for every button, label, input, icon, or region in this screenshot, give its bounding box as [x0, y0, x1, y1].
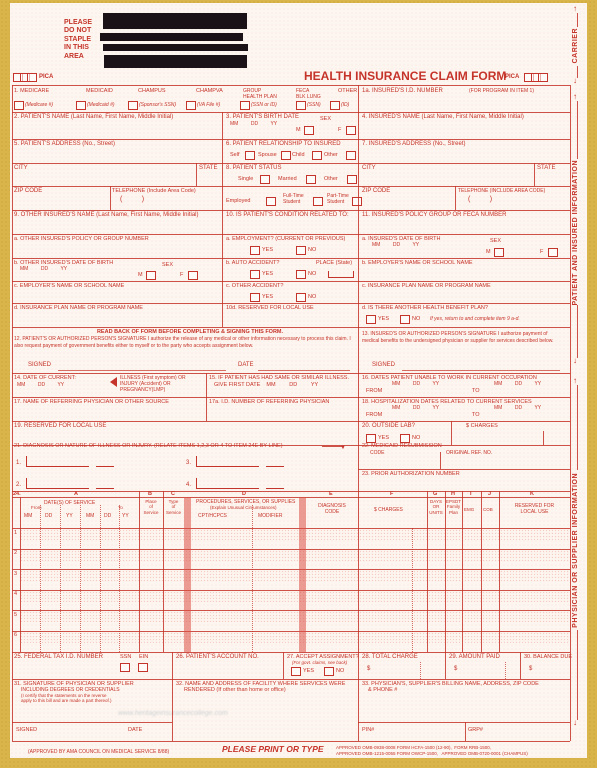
patient-strip-line: [577, 101, 578, 159]
col-j-header: COB: [483, 507, 493, 512]
diag-num-2: 2.: [16, 482, 21, 489]
dos-mm1: MM: [24, 513, 32, 519]
rel-spouse-checkbox[interactable]: [281, 151, 291, 160]
signed-label-13: SIGNED: [372, 362, 395, 369]
amount-paid-label: 29. AMOUNT PAID: [449, 654, 500, 661]
grid-line: [12, 85, 13, 741]
outside-lab-no-checkbox[interactable]: [400, 434, 410, 443]
other-sub: (ID): [341, 102, 349, 108]
other-insured-m-checkbox[interactable]: [146, 271, 156, 280]
ft-student-label: Full-Time Student: [283, 193, 304, 205]
rel-child-checkbox[interactable]: [312, 151, 322, 160]
status-single-label: Single: [238, 176, 253, 183]
referring-physician-label: 17. NAME OF REFERRING PHYSICIAN OR OTHER…: [14, 399, 169, 406]
grid-line: [465, 722, 466, 741]
dos-mm2: MM: [86, 513, 94, 519]
diagnosis-field-1[interactable]: [26, 456, 89, 467]
insured-sex-m-label: M: [486, 249, 491, 256]
tel-label-left: TELEPHONE (Include Area Code): [112, 188, 196, 195]
diag-num-3: 3.: [186, 460, 191, 467]
rel-child-label: Child: [292, 152, 305, 159]
tel-paren-left: ( ): [120, 196, 144, 204]
grid-line: [534, 163, 535, 186]
unable-work-mdy-to: MM DD YY: [494, 381, 541, 387]
physician-strip-line: [577, 385, 578, 470]
sex-f-checkbox[interactable]: [346, 126, 356, 135]
auto-accident-label: b. AUTO ACCIDENT?: [226, 260, 279, 267]
champus-sub: (Sponsor's SSN): [139, 102, 176, 108]
grid-line: [12, 303, 570, 304]
place-state-label: PLACE (State): [316, 260, 352, 267]
patient-info-strip-label: PATIENT AND INSURED INFORMATION: [572, 160, 579, 306]
insured-plan-label: c. INSURANCE PLAN NAME OR PROGRAM NAME: [362, 283, 491, 290]
readback-notice: READ BACK OF FORM BEFORE COMPLETING & SI…: [40, 329, 340, 336]
pin-label: PIN#: [362, 727, 374, 734]
champva-label: CHAMPVA: [196, 88, 223, 95]
grid-line: [20, 611, 570, 622]
service-row-num-4: 4: [14, 591, 17, 598]
diagnosis-field-4[interactable]: [196, 478, 259, 489]
ein-checkbox[interactable]: [138, 663, 148, 672]
grid-line: [110, 186, 111, 210]
resubmission-code-label: CODE: [370, 450, 384, 456]
similar-illness-label: 15. IF PATIENT HAS HAD SAME OR SIMILAR I…: [209, 375, 349, 382]
accept-yes-label: YES: [303, 668, 314, 675]
group-health-label: GROUP HEALTH PLAN: [243, 88, 277, 100]
physician-info-strip-label: PHYSICIAN OR SUPPLIER INFORMATION: [572, 473, 579, 628]
another-plan-no-checkbox[interactable]: [400, 315, 410, 324]
grid-line: [20, 550, 570, 561]
signed-label-31: SIGNED: [16, 727, 37, 734]
another-plan-note: If yes, return to and complete item 9 a-…: [430, 316, 520, 322]
status-married-label: Married: [278, 176, 297, 183]
insured-sex-label: SEX: [490, 238, 501, 245]
dos-label: DATE(S) OF SERVICE: [44, 500, 95, 506]
date-label-31: DATE: [128, 727, 142, 734]
grid-line: [12, 397, 570, 398]
diagnosis-field-4-dec[interactable]: [266, 478, 284, 489]
dos-dd1: DD: [45, 513, 52, 519]
other-insured-sex-label: SEX: [162, 262, 173, 269]
date-current-options: ILLNESS (First symptom) OR INJURY (Accid…: [120, 375, 186, 393]
pica-box-left[interactable]: [27, 73, 37, 82]
grid-line: [299, 497, 306, 652]
patient-signature-line[interactable]: [58, 370, 226, 371]
grid-line: [12, 258, 570, 259]
total-charge-label: 28. TOTAL CHARGE: [362, 654, 418, 661]
grid-line: [505, 662, 506, 679]
insured-name-label: 4. INSURED'S NAME (Last Name, First Name…: [362, 114, 524, 121]
other-accident-no-label: NO: [308, 294, 316, 301]
grid-line: [12, 234, 570, 235]
pt-student-checkbox[interactable]: [352, 197, 362, 206]
print-or-type-notice: PLEASE PRINT OR TYPE: [222, 744, 324, 754]
outside-lab-yes-checkbox[interactable]: [366, 434, 376, 443]
dos-yy1: YY: [66, 513, 73, 519]
feca-checkbox[interactable]: [296, 101, 306, 110]
other-insured-label: 9. OTHER INSURED'S NAME (Last Name, Firs…: [14, 212, 199, 219]
grid-line: [543, 431, 544, 445]
reserved-local-10d-label: 10d. RESERVED FOR LOCAL USE: [226, 305, 314, 312]
grid-line: [358, 469, 570, 470]
medicaid-resubmission-label: 22. MEDICAID RESUBMISSION: [362, 443, 442, 450]
auto-accident-yes-label: YES: [262, 271, 273, 278]
grid-line: [20, 529, 570, 540]
grid-line: [20, 632, 570, 643]
hosp-to-label: TO: [472, 412, 480, 419]
insured-sex-m-checkbox[interactable]: [494, 248, 504, 257]
status-married-checkbox[interactable]: [306, 175, 316, 184]
insured-dob-mdy: MM DD YY: [372, 242, 419, 248]
arrow-up-icon: ↑: [573, 4, 577, 13]
form-title: HEALTH INSURANCE CLAIM FORM: [304, 69, 506, 83]
grid-line: [420, 662, 421, 679]
grid-line: [283, 652, 284, 679]
grid-line: [12, 497, 570, 498]
employment-no-label: NO: [308, 247, 316, 254]
medicaid-sub: (Medicaid #): [87, 102, 115, 108]
other-checkbox[interactable]: [330, 101, 340, 110]
grid-line: [445, 491, 446, 679]
feca-sub: (SSN): [307, 102, 321, 108]
arrow-up-icon: ↑: [573, 92, 577, 101]
date-current-label: 14. DATE OF CURRENT:: [14, 375, 76, 382]
medicare-sub: (Medicare #): [25, 102, 53, 108]
grid-line: [570, 85, 571, 741]
unable-work-from-label: FROM: [366, 388, 382, 395]
staple-bar: [103, 44, 248, 51]
lab-charges-label: $ CHARGES: [466, 423, 498, 430]
omb-approval-2: APPROVED OMB-1215-0055 FORM OWCP-1500, A…: [336, 751, 528, 756]
condition-label: 10. IS PATIENT'S CONDITION RELATED TO:: [226, 212, 349, 219]
tel-label-right: TELEPHONE (INCLUDE AREA CODE): [458, 188, 545, 194]
policy-feca-label: 11. INSURED'S POLICY GROUP OR FECA NUMBE…: [362, 212, 507, 219]
diagnosis-field-1-dec[interactable]: [96, 456, 114, 467]
patient-status-label: 8. PATIENT STATUS: [226, 165, 281, 172]
outside-lab-no-label: NO: [412, 435, 420, 442]
col-e-header: DIAGNOSIS CODE: [306, 503, 358, 515]
grid-line: [12, 139, 570, 140]
employment-yes-label: YES: [262, 247, 273, 254]
col-h-header: EPSDT Family Plan: [445, 499, 462, 515]
other-accident-label: c. OTHER ACCIDENT?: [226, 283, 283, 290]
pica-label-left: PICA: [39, 74, 53, 81]
pt-student-label: Part-Time Student: [327, 193, 349, 205]
grid-line: [12, 652, 570, 653]
tel-paren-right: ( ): [468, 196, 492, 204]
pica-label-right: PICA: [505, 74, 519, 81]
unable-work-mdy-from: MM DD YY: [392, 381, 439, 387]
another-plan-no-label: NO: [412, 316, 420, 323]
claim-form-page: PLEASE DO NOT STAPLE IN THIS AREA PICA H…: [0, 0, 597, 768]
champva-sub: (VA File #): [197, 102, 220, 108]
billing-phone-label: & PHONE #: [368, 687, 397, 694]
modifier-label: MODIFIER: [258, 513, 282, 519]
grid-line: [12, 722, 172, 723]
ssn-label: SSN: [120, 654, 131, 661]
diag-num-1: 1.: [16, 460, 21, 467]
date-label-12: DATE: [238, 362, 254, 369]
staple-warning: PLEASE DO NOT STAPLE IN THIS AREA: [64, 19, 92, 61]
omb-approval-1: APPROVED OMB-0938-0008 FORM HCFA-1500 (1…: [336, 745, 491, 750]
hosp-mdy-to: MM DD YY: [494, 405, 541, 411]
grid-line: [12, 421, 570, 422]
referring-id-label: 17a. I.D. NUMBER OF REFERRING PHYSICIAN: [209, 399, 329, 406]
another-plan-label: d. IS THERE ANOTHER HEALTH BENEFIT PLAN?: [362, 305, 488, 312]
carrier-strip-line: [577, 66, 578, 78]
grid-line: [12, 373, 570, 374]
rel-other-checkbox[interactable]: [346, 151, 356, 160]
sex-f-label: F: [338, 127, 341, 134]
other-insured-plan-label: d. INSURANCE PLAN NAME OR PROGRAM NAME: [14, 305, 143, 312]
other-insured-dob-mdy: MM DD YY: [20, 266, 67, 272]
other-insured-m-label: M: [138, 272, 143, 279]
grid-line: [12, 679, 570, 680]
employment-yes-checkbox[interactable]: [250, 246, 260, 255]
similar-illness-line2: GIVE FIRST DATE MM DD YY: [214, 382, 318, 389]
col-f-header: $ CHARGES: [374, 507, 403, 513]
medicaid-checkbox[interactable]: [76, 101, 86, 110]
grid-line: [184, 497, 191, 652]
patient-address-label: 5. PATIENT'S ADDRESS (No., Street): [14, 141, 115, 148]
relationship-label: 6. PATIENT RELATIONSHIP TO INSURED: [226, 141, 341, 148]
place-state-field[interactable]: [328, 271, 354, 278]
service-row-num-1: 1: [14, 530, 17, 537]
sex-m-label: M: [296, 127, 301, 134]
balance-due-label: 30. BALANCE DUE: [524, 654, 572, 661]
patient-strip-line: [577, 305, 578, 358]
insured-sex-f-checkbox[interactable]: [548, 248, 558, 257]
other-insured-f-checkbox[interactable]: [188, 271, 198, 280]
diagnosis-field-3[interactable]: [196, 456, 259, 467]
diag-num-4: 4.: [186, 482, 191, 489]
champus-checkbox[interactable]: [128, 101, 138, 110]
grid-line: [12, 163, 570, 164]
other-insured-f-label: F: [180, 272, 183, 279]
facility-l2: RENDERED (If other than home or office): [184, 687, 286, 694]
medicare-checkbox[interactable]: [14, 101, 24, 110]
city-label-left: CITY: [14, 165, 28, 172]
service-row-num-3: 3: [14, 571, 17, 578]
insured-sex-f-label: F: [540, 249, 543, 256]
insured-signature-text: 13. INSURED'S OR AUTHORIZED PERSON'S SIG…: [362, 331, 562, 344]
grid-line: [12, 445, 570, 446]
status-other-label: Other: [324, 176, 338, 183]
another-plan-yes-label: YES: [378, 316, 389, 323]
staple-bar: [104, 55, 247, 68]
staple-bar: [103, 13, 247, 29]
other-insured-policy-label: a. OTHER INSURED'S POLICY OR GROUP NUMBE…: [14, 236, 149, 243]
col-i-header: EMG: [464, 507, 474, 512]
insured-signature-line[interactable]: [402, 370, 560, 371]
arrow-up-icon: ↑: [573, 376, 577, 385]
accept-yes-checkbox[interactable]: [291, 667, 301, 676]
grp-label: GRP#: [468, 727, 483, 734]
other-label: OTHER: [338, 88, 357, 95]
sex-label: SEX: [320, 116, 331, 123]
grid-line: [12, 210, 570, 211]
auto-accident-no-label: NO: [308, 271, 316, 278]
ft-student-checkbox[interactable]: [313, 197, 323, 206]
diagnosis-field-2-dec[interactable]: [96, 478, 114, 489]
other-accident-yes-label: YES: [262, 294, 273, 301]
service-row-num-2: 2: [14, 550, 17, 557]
ein-label: EIN: [139, 654, 148, 661]
physician-signature-l4: apply to this bill and are made a part t…: [21, 698, 112, 703]
patient-date-line[interactable]: [258, 370, 350, 371]
rel-spouse-label: Spouse: [258, 152, 277, 159]
arrow-down-icon: ↓: [573, 356, 577, 365]
medicare-label: 1. MEDICARE: [14, 88, 49, 95]
grid-line: [520, 652, 521, 679]
ssn-checkbox[interactable]: [120, 663, 130, 672]
grid-line: [12, 741, 570, 742]
grid-line: [12, 112, 570, 113]
employment-label: a. EMPLOYMENT? (CURRENT OR PREVIOUS): [226, 236, 345, 243]
grid-line: [196, 163, 197, 186]
outside-lab-label: 20. OUTSIDE LAB?: [362, 423, 415, 430]
sex-m-checkbox[interactable]: [304, 126, 314, 135]
grid-line: [12, 281, 570, 282]
other-insured-employer-label: c. EMPLOYER'S NAME OR SCHOOL NAME: [14, 283, 124, 290]
service-row-num-6: 6: [14, 632, 17, 639]
city-label-right: CITY: [362, 165, 376, 172]
other-accident-yes-checkbox[interactable]: [250, 293, 260, 302]
staple-bar: [100, 33, 243, 41]
patient-account-label: 26. PATIENT'S ACCOUNT NO.: [176, 654, 259, 661]
grid-line: [12, 491, 570, 492]
amount-paid-dollar: $: [454, 666, 457, 673]
patient-signature-text: 12. PATIENT'S OR AUTHORIZED PERSON'S SIG…: [14, 336, 352, 349]
auto-accident-no-checkbox[interactable]: [296, 270, 306, 279]
original-ref-label: ORIGINAL REF. NO.: [446, 450, 492, 456]
dos-dd2: DD: [104, 513, 111, 519]
pica-box-right[interactable]: [538, 73, 548, 82]
carrier-strip-label: CARRIER: [572, 28, 579, 63]
signed-label-12: SIGNED: [28, 362, 51, 369]
another-plan-yes-checkbox[interactable]: [366, 315, 376, 324]
col-k-header: RESERVED FOR LOCAL USE: [499, 503, 570, 515]
other-accident-no-checkbox[interactable]: [296, 293, 306, 302]
grid-line: [12, 186, 570, 187]
champus-label: CHAMPUS: [138, 88, 166, 95]
col-b-header: Place of Service: [139, 499, 163, 515]
col-c-header: Type of Service: [163, 499, 184, 515]
hosp-from-label: FROM: [366, 412, 382, 419]
diagnosis-label: 21. DIAGNOSIS OR NATURE OF ILLNESS OR IN…: [14, 443, 283, 450]
auto-accident-yes-checkbox[interactable]: [250, 270, 260, 279]
grid-line: [20, 591, 570, 602]
arrow-down-icon: ↓: [573, 76, 577, 85]
grid-line: [455, 186, 456, 210]
accept-no-label: NO: [336, 668, 344, 675]
grid-line: [451, 421, 452, 445]
status-other-checkbox[interactable]: [347, 175, 357, 184]
outside-lab-yes-label: YES: [378, 435, 389, 442]
balance-due-dollar: $: [529, 666, 532, 673]
grid-line: [206, 373, 207, 421]
arrow-left-icon: [110, 377, 117, 387]
total-charge-dollar: $: [367, 666, 370, 673]
date-current-mdy: MM DD YY: [17, 382, 64, 388]
hosp-mdy-from: MM DD YY: [392, 405, 439, 411]
feca-label: FECA BLK LUNG: [296, 88, 321, 100]
ama-approval-text: (APPROVED BY AMA COUNCIL ON MEDICAL SERV…: [28, 749, 169, 755]
employed-checkbox[interactable]: [266, 197, 276, 206]
group-health-checkbox[interactable]: [240, 101, 250, 110]
arrow-down-icon: ↓: [573, 718, 577, 727]
group-health-sub: (SSN or ID): [251, 102, 277, 108]
reserved-local-19-label: 19. RESERVED FOR LOCAL USE: [14, 423, 106, 430]
col-g-header: DAYS OR UNITS: [427, 499, 445, 515]
state-label-left: STATE: [199, 165, 217, 172]
zip-label-left: ZIP CODE: [14, 188, 42, 195]
grid-line: [20, 570, 570, 581]
grid-line: [12, 327, 570, 328]
patient-name-label: 2. PATIENT'S NAME (Last Name, First Name…: [14, 114, 173, 121]
status-single-checkbox[interactable]: [260, 175, 270, 184]
grid-line: [222, 112, 223, 327]
rel-other-label: Other: [324, 152, 338, 159]
accept-assignment-note: (For govt. claims, see back): [292, 660, 347, 665]
grid-line: [440, 452, 441, 469]
grid-line: [358, 722, 570, 723]
state-label-right: STATE: [537, 165, 555, 172]
patient-dob-mdy: MM DD YY: [230, 121, 277, 127]
unable-work-to-label: TO: [472, 388, 480, 395]
prior-auth-label: 23. PRIOR AUTHORIZATION NUMBER: [362, 471, 460, 478]
service-row-num-5: 5: [14, 612, 17, 619]
physician-strip-line: [577, 630, 578, 720]
zip-label-right: ZIP CODE: [362, 188, 390, 195]
diagnosis-field-3-dec[interactable]: [266, 456, 284, 467]
federal-tax-label: 25. FEDERAL TAX I.D. NUMBER: [14, 654, 103, 661]
rel-self-checkbox[interactable]: [245, 151, 255, 160]
grid-line: [12, 85, 570, 86]
rel-self-label: Self: [230, 152, 239, 159]
carrier-strip-line: [577, 13, 578, 27]
insured-address-label: 7. INSURED'S ADDRESS (No., Street): [362, 141, 466, 148]
medicaid-label: MEDICAID: [86, 88, 113, 95]
diagnosis-field-2[interactable]: [26, 478, 89, 489]
accept-no-checkbox[interactable]: [324, 667, 334, 676]
grid-line: [172, 652, 173, 741]
cpt-hcpcs-label: CPT/HCPCS: [198, 513, 227, 519]
employment-no-checkbox[interactable]: [296, 246, 306, 255]
insured-id-note: (FOR PROGRAM IN ITEM 1): [469, 88, 534, 94]
champva-checkbox[interactable]: [186, 101, 196, 110]
dos-yy2: YY: [122, 513, 129, 519]
employed-label: Employed: [226, 198, 250, 205]
insured-id-label: 1a. INSURED'S I.D. NUMBER: [362, 88, 443, 95]
insured-employer-label: b. EMPLOYER'S NAME OR SCHOOL NAME: [362, 260, 473, 267]
col-d-header2: (Explain Unusual Circumstances): [210, 505, 277, 510]
